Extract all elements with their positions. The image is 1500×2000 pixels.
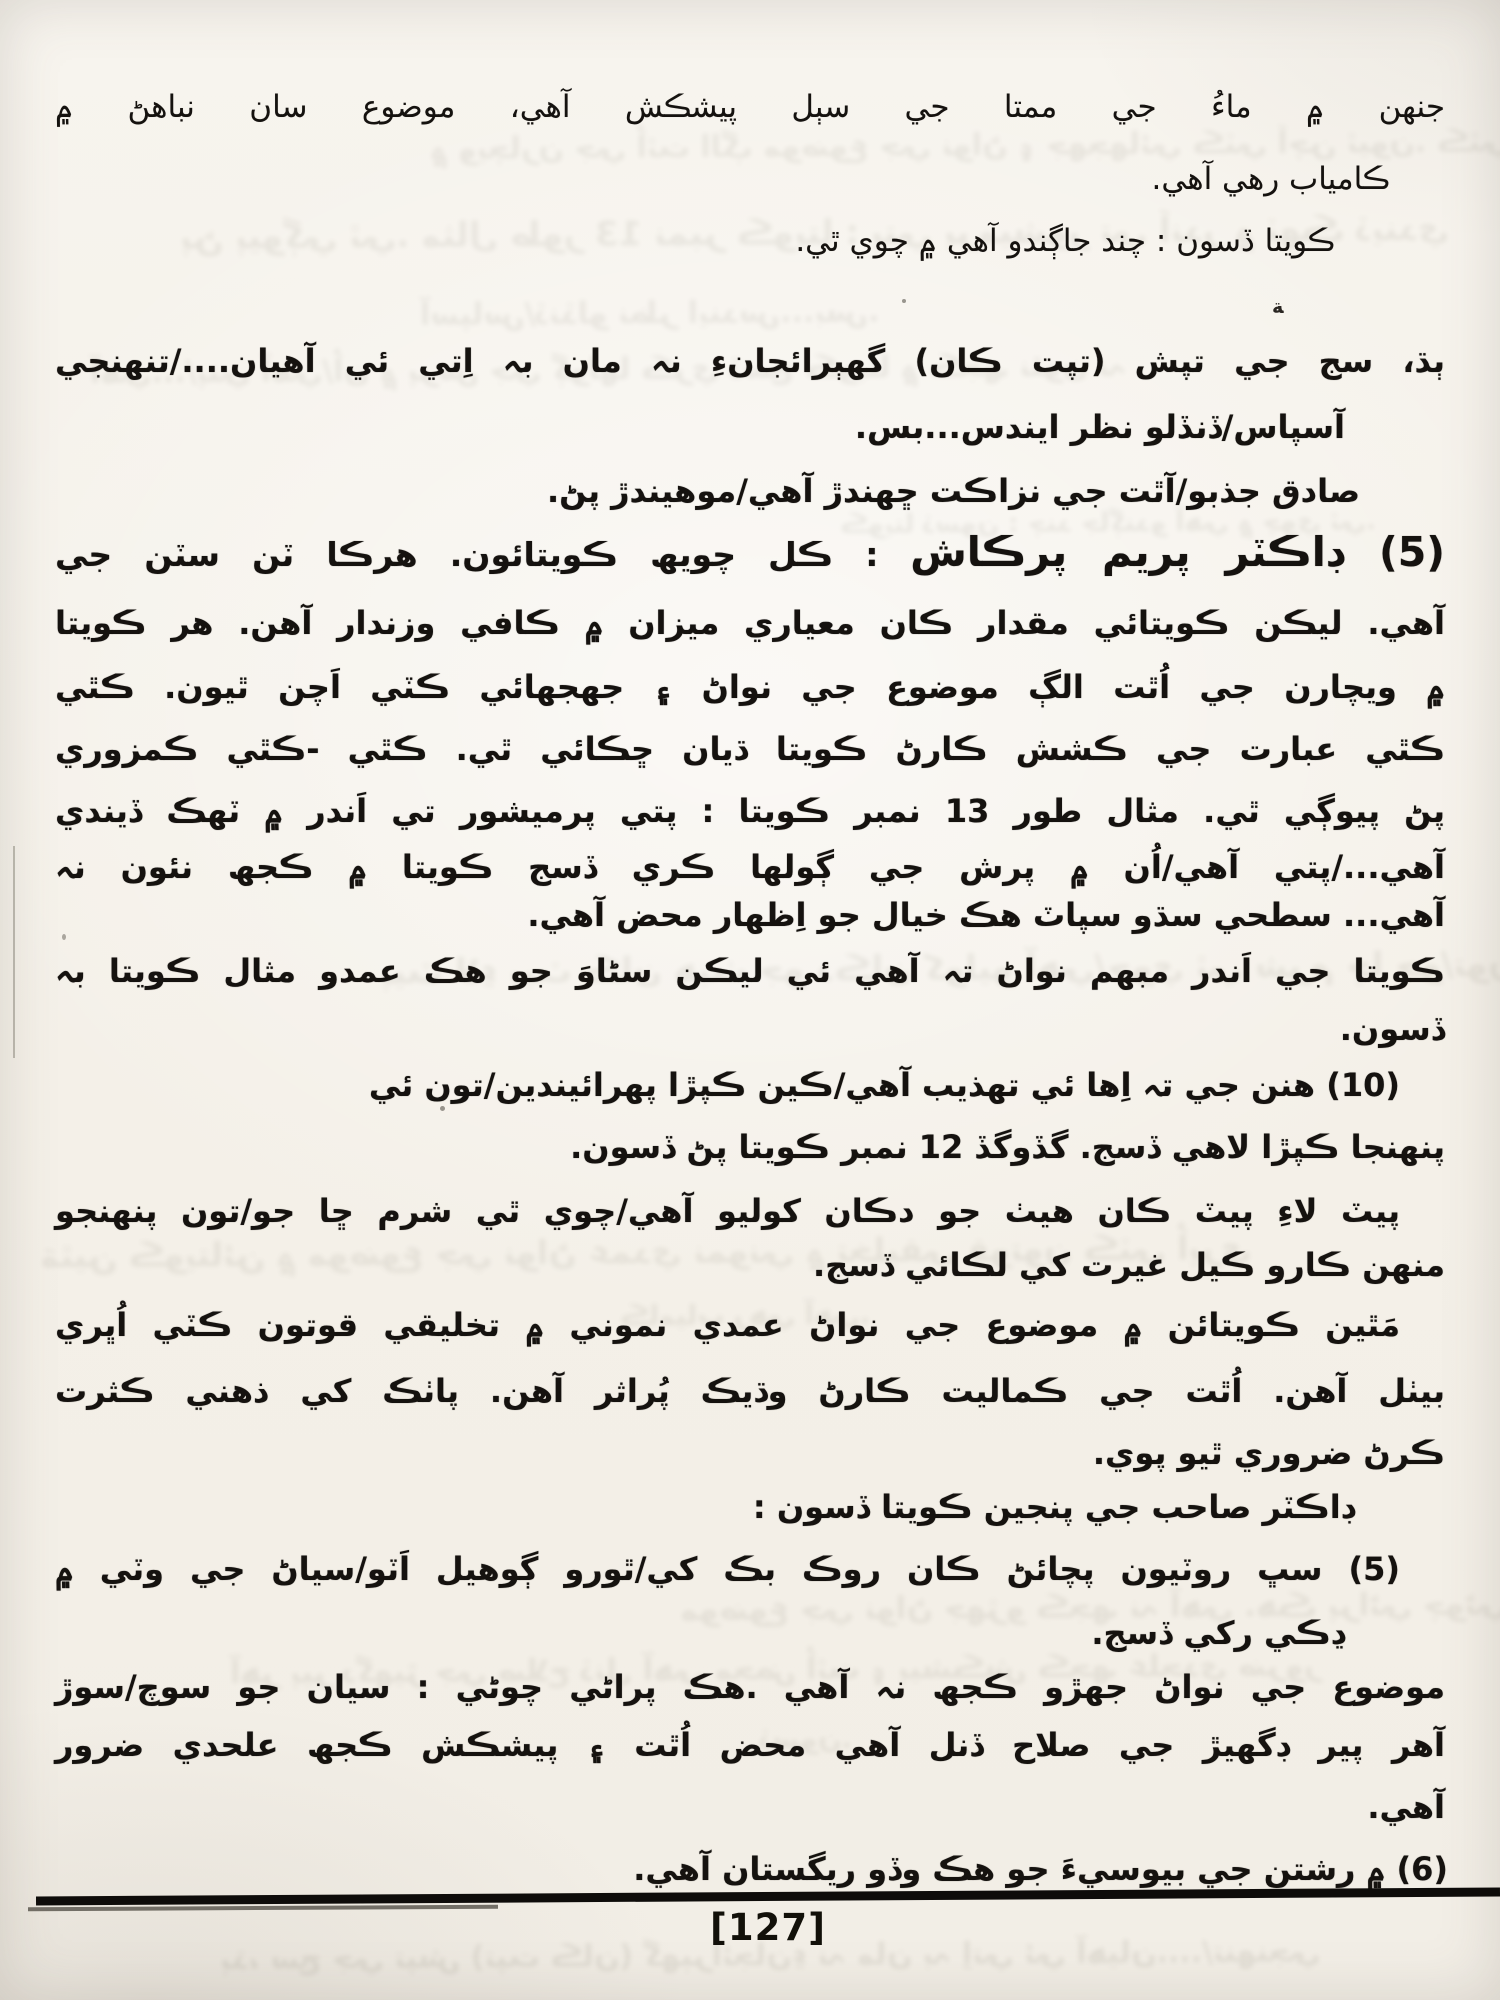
bleedthrough-text: آسپاس/ڏنڏلو نظر ايندس...بس. xyxy=(420,294,880,332)
section-heading: (5) ڊاڪٽر پريم پرڪاش : ڪل چويھ ڪويتائون.… xyxy=(55,524,1445,583)
scanned-book-page: ۾ ويچارن جي اُٿت الڳ موضوع جي نواڻ ۽ جهج… xyxy=(0,0,1500,2000)
text-line: ڏسون. xyxy=(1340,1006,1445,1052)
scan-speck xyxy=(62,934,66,940)
text-line: ڪويتا ڏسون : چند جاڳندو آهي ۾ چوي ٿي. xyxy=(795,218,1335,264)
text-line: ڪامياب رهي آهي. xyxy=(1152,156,1390,202)
page-number: [127] xyxy=(18,1906,1500,1949)
text-line: آهي... سطحي سڌو سپاٽ هڪ خيال جو اِظهار م… xyxy=(527,892,1445,938)
text-line: پڻ پيوڳي ٿي. مثال طور 13 نمبر ڪويتا : پت… xyxy=(55,788,1445,834)
text-line: پيٽ لاءِ پيٽ ڪان هيٺ جو دڪان کوليو آهي/چ… xyxy=(55,1188,1400,1234)
text-line: پنهنجا ڪپڙا لاهي ڏسج. گڏوگڏ 12 نمبر ڪويت… xyxy=(570,1124,1445,1170)
text-line: (6) ۾ رشتن جي بيوسيءَ جو هڪ وڏو ريگستان … xyxy=(633,1846,1448,1892)
section-heading-title: (5) ڊاڪٽر پريم پرڪاش xyxy=(910,528,1445,576)
text-line: (10) هنن جي تہ اِها ئي تهذيب آهي/ڪين ڪپڙ… xyxy=(369,1062,1400,1108)
text-line: ڪٿي عبارت جي ڪشش ڪارڻ ڪويتا ڌيان ڇڪائي ٿ… xyxy=(55,726,1445,772)
text-line: بيٺل آهن. اُٿت جي ڪماليت ڪارڻ وڌيڪ پُراث… xyxy=(55,1368,1445,1414)
text-line: آهر پير ڊگهيڙ جي صلاح ڏنل آهي محض اُٿت ۽… xyxy=(55,1722,1445,1768)
section-heading-rest: : ڪل چويھ ڪويتائون. هرڪا ٽن سٽن جي xyxy=(55,535,878,574)
text-line: ڪرڻ ضروري ٿيو پوي. xyxy=(1093,1430,1445,1476)
stray-mark: ﺔ xyxy=(1272,296,1284,318)
text-line: موضوع جي نواڻ جهڙو ڪجھ نہ آهي .هڪ پراڻي … xyxy=(55,1664,1445,1710)
text-line: آسپاس/ڏنڏلو نظر ايندس...بس. xyxy=(855,404,1345,450)
text-line: ڍڪي رکي ڏسج. xyxy=(1091,1610,1345,1656)
text-line: منهن ڪارو ڪيل غيرت کي لڪائي ڏسج. xyxy=(813,1242,1445,1288)
scan-artifact-line xyxy=(13,846,15,1058)
text-line: ڪويتا جي اَندر مبهم نواڻ تہ آهي ئي ليڪن … xyxy=(55,948,1445,994)
text-line: ٻڌ، سج جي تپش (تپت ڪان) گهٻرائجانءِ نہ م… xyxy=(55,338,1445,384)
text-line: ڊاڪٽر صاحب جي پنجين ڪويتا ڏسون : xyxy=(753,1484,1355,1530)
text-line: ۾ ويچارن جي اُٿت الڳ موضوع جي نواڻ ۽ جهج… xyxy=(55,664,1445,710)
text-line: آهي. ليڪن ڪويتائي مقدار ڪان معياري ميزان… xyxy=(55,600,1445,646)
text-line: آهي.../پتي آهي/اُن ۾ پرش جي ڳولها ڪري ڏس… xyxy=(55,844,1445,890)
text-line: صادق جذبو/آٿت جي نزاڪت ڇهندڙ آهي/موهيندڙ… xyxy=(547,468,1360,514)
scan-speck xyxy=(902,299,906,303)
text-line: مَٿين ڪويتائن ۾ موضوع جي نواڻ عمدي نموني… xyxy=(55,1302,1400,1348)
text-line: جنهن ۾ ماءُ جي ممتا جي سٻل پيشڪش آهي، مو… xyxy=(55,84,1445,130)
text-line: (5) سڀ روٽيون پچائڻ ڪان روڪ بڪ کي/ٿورو ڳ… xyxy=(55,1546,1400,1592)
text-line: آهي. xyxy=(1367,1784,1445,1830)
